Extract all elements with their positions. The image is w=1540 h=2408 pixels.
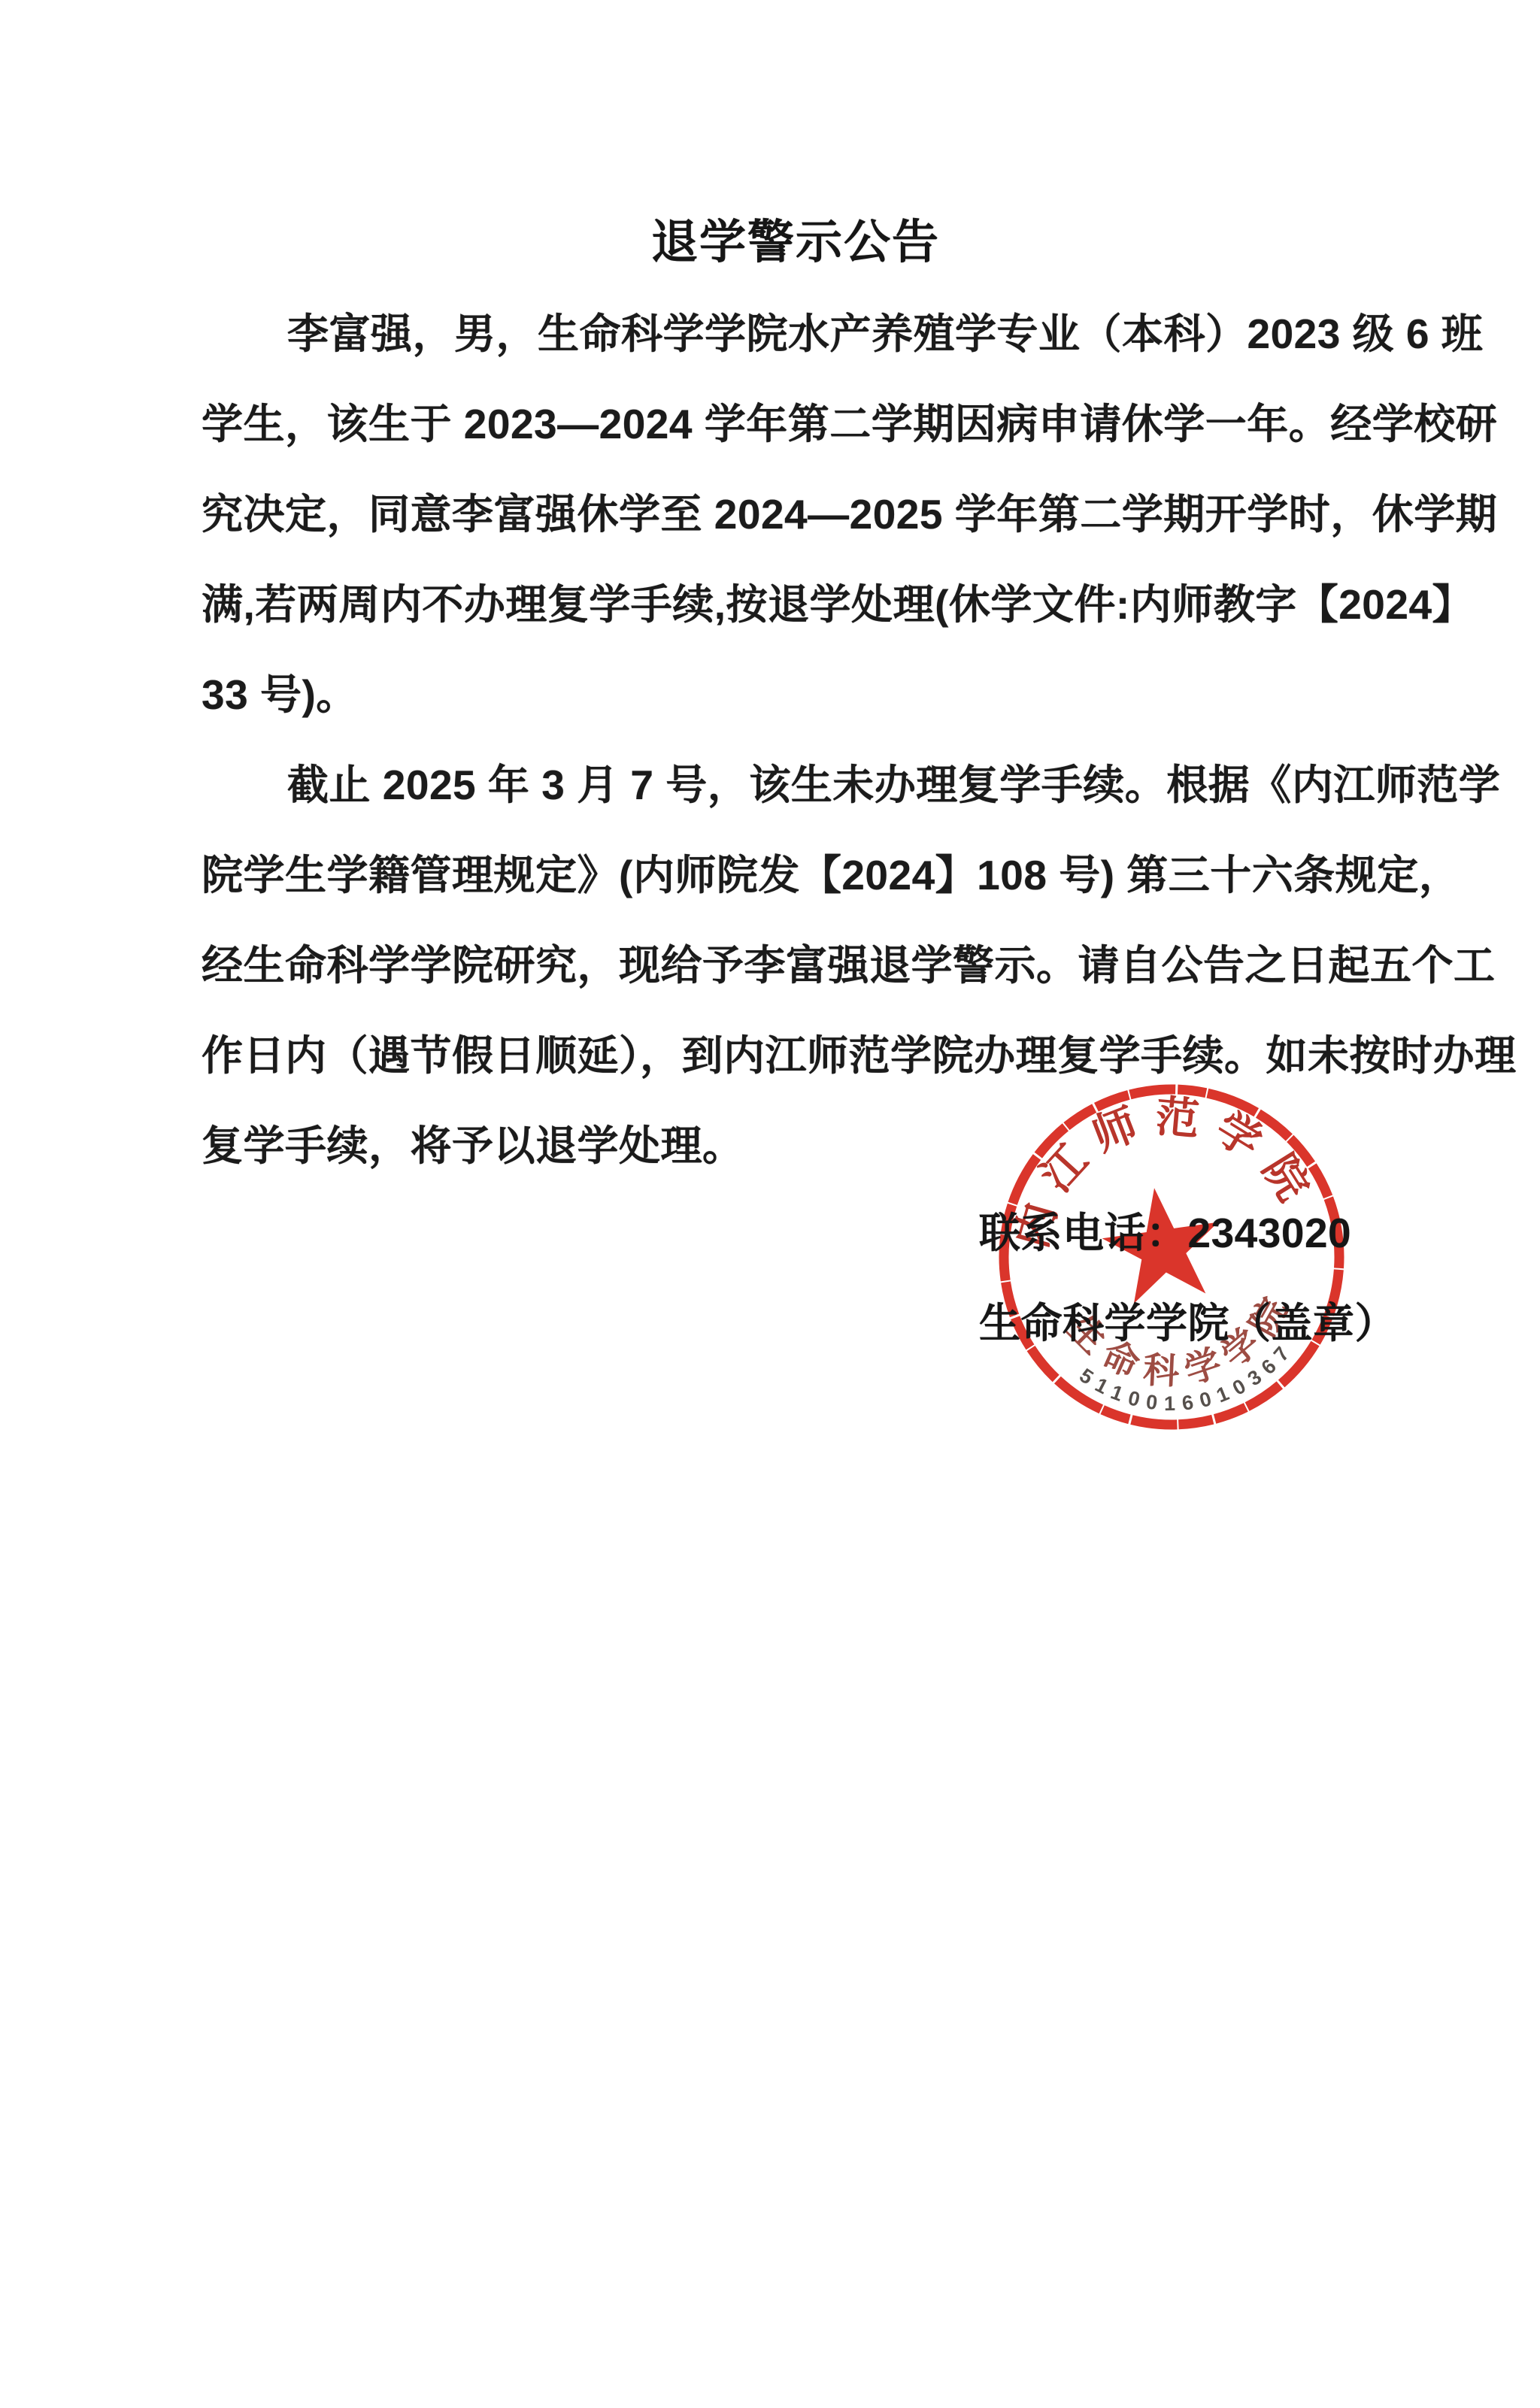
body-line: 经生命科学学院研究，现给予李富强退学警示。请自公告之日起五个工 xyxy=(202,932,1496,992)
body-line: 截止 2025 年 3 月 7 号，该生未办理复学手续。根据《内江师范学 xyxy=(287,752,1500,811)
page-title: 退学警示公告 xyxy=(651,204,940,271)
body-line: 复学手续，将予以退学处理。 xyxy=(202,1113,744,1172)
body-line: 学生，该生于 2023—2024 学年第二学期因病申请休学一年。经学校研 xyxy=(202,391,1497,450)
body-line: 究决定，同意李富强休学至 2024—2025 学年第二学期开学时，休学期 xyxy=(202,481,1497,541)
notice-document: 退学警示公告 李富强，男，生命科学学院水产养殖学专业（本科）2023 级 6 班… xyxy=(0,0,1540,2408)
body-line: 33 号)。 xyxy=(202,662,358,721)
contact-phone: 联系电话：2343020 xyxy=(979,1200,1351,1259)
body-line: 李富强，男，生命科学学院水产养殖学专业（本科）2023 级 6 班 xyxy=(287,301,1483,360)
signature-line: 生命科学学院（盖章） xyxy=(979,1290,1396,1349)
body-line: 满,若两周内不办理复学手续,按退学处理(休学文件:内师教字【2024】 xyxy=(202,571,1474,631)
body-line: 院学生学籍管理规定》(内师院发【2024】108 号) 第三十六条规定， xyxy=(202,842,1460,901)
